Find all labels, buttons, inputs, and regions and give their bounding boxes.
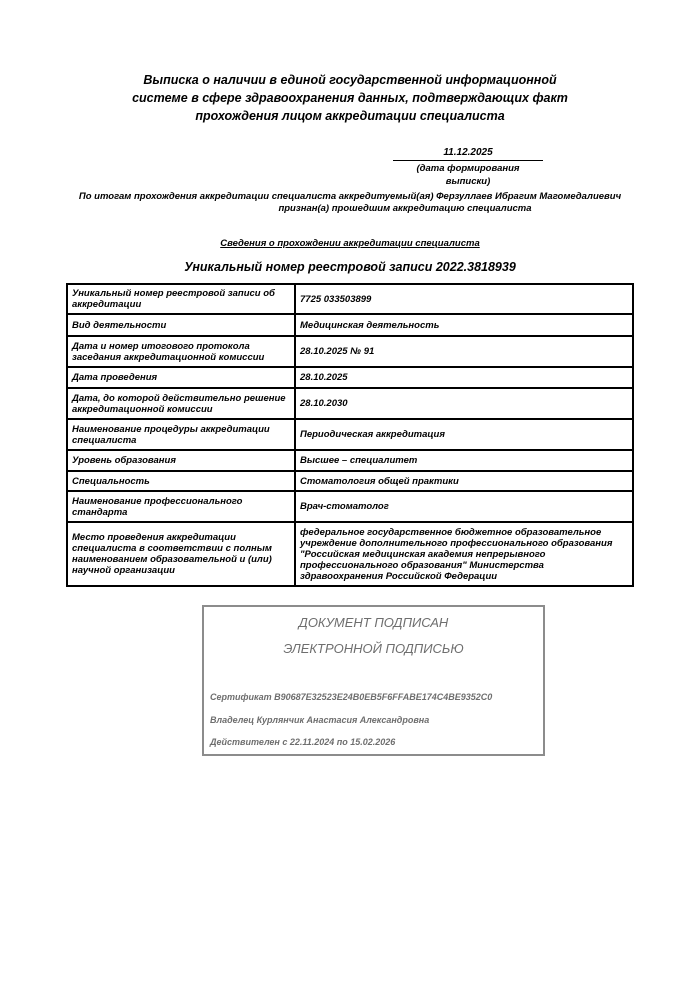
issue-date-caption: (дата формирования выписки) [393,162,543,188]
table-row: Уровень образования Высшее – специалитет [67,450,633,471]
row-value: Медицинская деятельность [295,314,633,336]
table-row: Уникальный номер реестровой записи об ак… [67,284,633,314]
table-row: Наименование профессионального стандарта… [67,491,633,522]
row-value: Высшее – специалитет [295,450,633,471]
table-row: Дата, до которой действительно решение а… [67,388,633,419]
table-row: Наименование процедуры аккредитации спец… [67,419,633,450]
section-heading: Сведения о прохождении аккредитации спец… [0,238,700,249]
table-row: Дата и номер итогового протокола заседан… [67,336,633,367]
row-value: Врач-стоматолог [295,491,633,522]
table-row: Вид деятельности Медицинская деятельност… [67,314,633,336]
electronic-signature-stamp: ДОКУМЕНТ ПОДПИСАН ЭЛЕКТРОННОЙ ПОДПИСЬЮ С… [202,605,545,756]
issue-date-block: 11.12.2025 (дата формирования выписки) [393,147,543,188]
row-label: Уровень образования [67,450,295,471]
row-label: Наименование профессионального стандарта [67,491,295,522]
row-label: Вид деятельности [67,314,295,336]
row-value: Периодическая аккредитация [295,419,633,450]
row-label: Дата проведения [67,367,295,388]
row-label: Дата и номер итогового протокола заседан… [67,336,295,367]
accreditation-result: По итогам прохождения аккредитации специ… [0,191,700,215]
row-label: Наименование процедуры аккредитации спец… [67,419,295,450]
accreditation-info-table: Уникальный номер реестровой записи об ак… [66,283,634,587]
row-label: Место проведения аккредитации специалист… [67,522,295,586]
title-line: Выписка о наличии в единой государственн… [0,71,700,89]
row-label: Специальность [67,471,295,491]
signature-certificate: Сертификат B90687E32523E24B0EB5F6FFABE17… [210,692,492,702]
issue-date: 11.12.2025 [393,147,543,161]
title-line: системе в сфере здравоохранения данных, … [0,89,700,107]
row-value: Стоматология общей практики [295,471,633,491]
table-row: Место проведения аккредитации специалист… [67,522,633,586]
signature-heading-line2: ЭЛЕКТРОННОЙ ПОДПИСЬЮ [204,641,543,656]
registry-number-heading: Уникальный номер реестровой записи 2022.… [0,260,700,274]
row-label: Уникальный номер реестровой записи об ак… [67,284,295,314]
row-value: 28.10.2025 № 91 [295,336,633,367]
table-row: Дата проведения 28.10.2025 [67,367,633,388]
row-value: 28.10.2030 [295,388,633,419]
row-value: федеральное государственное бюджетное об… [295,522,633,586]
signature-owner: Владелец Курлянчик Анастасия Александров… [210,715,429,725]
row-label: Дата, до которой действительно решение а… [67,388,295,419]
signature-heading-line1: ДОКУМЕНТ ПОДПИСАН [204,615,543,630]
row-value: 7725 033503899 [295,284,633,314]
document-title: Выписка о наличии в единой государственн… [0,71,700,125]
title-line: прохождения лицом аккредитации специалис… [0,107,700,125]
result-line: По итогам прохождения аккредитации специ… [0,191,700,203]
row-value: 28.10.2025 [295,367,633,388]
signature-validity: Действителен с 22.11.2024 по 15.02.2026 [210,737,395,747]
result-line: признан(а) прошедшим аккредитацию специа… [0,203,700,215]
table-row: Специальность Стоматология общей практик… [67,471,633,491]
